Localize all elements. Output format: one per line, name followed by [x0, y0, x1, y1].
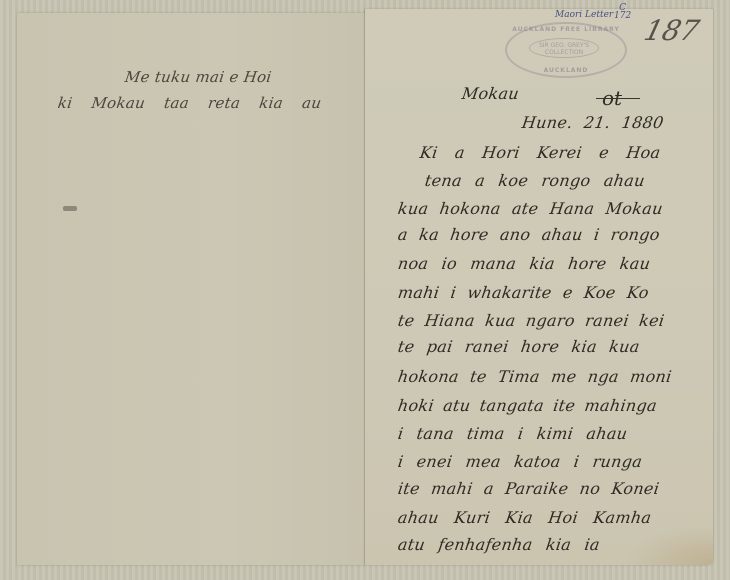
- catalog-number-value: 172: [614, 12, 631, 20]
- letter-line-2: tena a koe rongo ahau: [424, 171, 647, 190]
- left-page-line-2: ki Mokau taa reta kia au: [57, 94, 323, 112]
- letter-line-11: i tana tima i kimi ahau: [397, 424, 629, 443]
- letter-line-7: te Hiana kua ngaro ranei kei: [397, 311, 666, 330]
- letter-line-5: noa io mana kia hore kau: [397, 254, 652, 273]
- stamp-top-text: AUCKLAND FREE LIBRARY: [507, 26, 625, 33]
- letter-line-1: Ki a Hori Kerei e Hoa: [419, 143, 662, 162]
- ink-smudge: [63, 206, 77, 211]
- catalog-note: Maori Letter: [555, 10, 613, 20]
- left-page-line-1: Me tuku mai e Hoi: [124, 68, 273, 86]
- letter-line-15: atu fenhafenha kia ia: [397, 535, 602, 554]
- letter-line-4: a ka hore ano ahau i rongo: [397, 225, 662, 244]
- letter-line-3: kua hokona ate Hana Mokau: [397, 199, 664, 218]
- catalog-number: C 172: [614, 4, 631, 20]
- letter-line-8: te pai ranei hore kia kua: [397, 337, 641, 356]
- stamp-inner-text-1: SIR GEO. GREY'S: [530, 42, 598, 49]
- letter-line-12: i enei mea katoa i runga: [397, 452, 644, 471]
- letter-date: Hune. 21. 1880: [521, 113, 665, 132]
- letter-line-9: hokona te Tima me nga moni: [397, 367, 673, 386]
- library-stamp: AUCKLAND FREE LIBRARY SIR GEO. GREY'S CO…: [505, 22, 627, 78]
- struck-mark: ot: [602, 86, 622, 110]
- folio-number: 187: [641, 14, 703, 47]
- letter-line-10: hoki atu tangata ite mahinga: [397, 396, 659, 415]
- place-name: Mokau: [461, 84, 521, 103]
- letter-line-14: ahau Kuri Kia Hoi Kamha: [397, 508, 653, 527]
- stamp-bottom-text: AUCKLAND: [507, 67, 625, 74]
- stamp-inner: SIR GEO. GREY'S COLLECTION: [529, 38, 599, 58]
- stamp-inner-text-2: COLLECTION: [530, 49, 598, 56]
- letter-line-6: mahi i whakarite e Koe Ko: [397, 283, 651, 302]
- letter-line-13: ite mahi a Paraike no Konei: [397, 479, 661, 498]
